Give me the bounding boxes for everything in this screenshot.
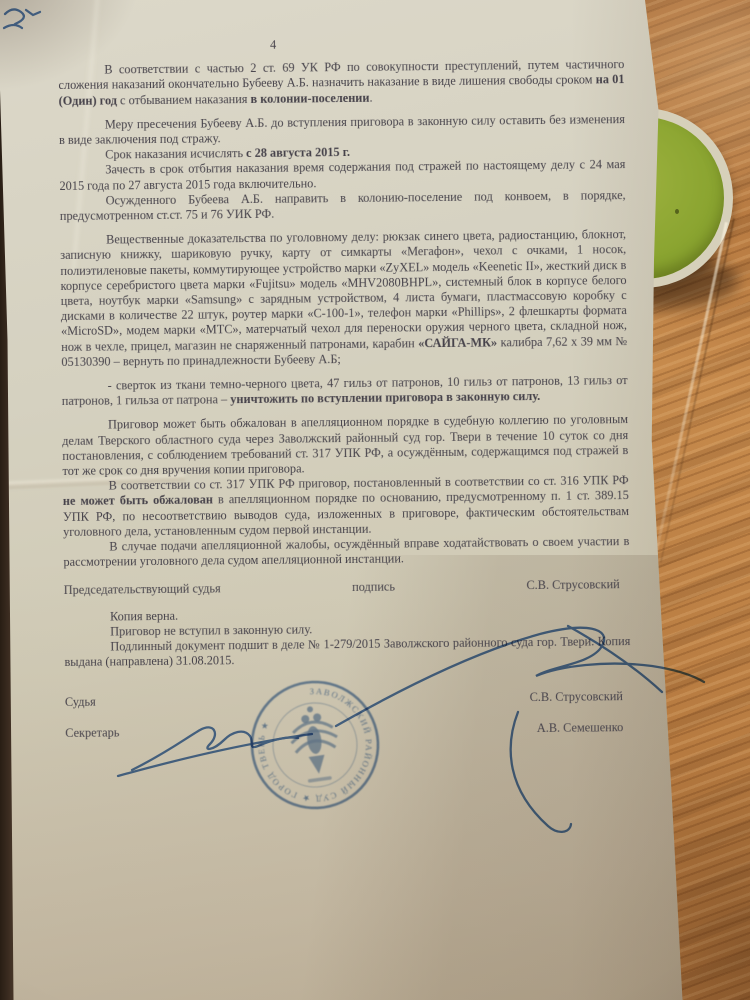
document-paragraphs: В соответствии с частью 2 ст. 69 УК РФ п… xyxy=(58,57,629,570)
bowl-speck xyxy=(675,209,679,214)
paragraph-text: не может быть обжалован xyxy=(63,493,213,509)
signature-role: Председательствующий судья xyxy=(64,581,221,598)
official-role: Судья xyxy=(65,694,96,710)
paper-sheet: 4 В соответствии с частью 2 ст. 69 УК РФ… xyxy=(0,0,750,1000)
paragraph-text: Зачесть в срок отбытия наказания время с… xyxy=(59,157,625,192)
paragraph: Вещественные доказательства по уголовном… xyxy=(60,227,627,370)
paragraph: Осужденного Бубеева А.Б. направить в кол… xyxy=(60,188,626,224)
official-name: А.В. Семешенко xyxy=(537,720,624,736)
paragraph-text: с отбыванием наказания xyxy=(117,92,251,107)
paragraph-text: Срок наказания исчислять xyxy=(105,146,246,161)
paragraph-text: с 28 августа 2015 г. xyxy=(246,145,350,160)
stamp-graphic: ЗАВОЛЖСКИЙ РАЙОННЫЙ СУД ★ ГОРОД ТВЕРЬ ★ xyxy=(239,669,390,820)
signature-line: Председательствующий судья подпись С.В. … xyxy=(64,577,630,598)
paragraph-text: Меру пресечения Бубееву А.Б. до вступлен… xyxy=(59,112,625,147)
paragraph-text: в колонии-поселении xyxy=(250,90,369,105)
paragraph: В соответствии с частью 2 ст. 69 УК РФ п… xyxy=(58,57,624,109)
official-name: С.В. Струсовский xyxy=(530,689,623,705)
paragraph-text: . xyxy=(369,90,372,104)
paragraph-text: «САЙГА-МК» xyxy=(418,335,497,350)
copy-note-line: Подлинный документ подшит в деле № 1-279… xyxy=(64,634,630,670)
signature-label: подпись xyxy=(352,579,395,595)
court-stamp: ЗАВОЛЖСКИЙ РАЙОННЫЙ СУД ★ ГОРОД ТВЕРЬ ★ xyxy=(239,669,390,820)
paragraph-text: Осужденного Бубеева А.Б. направить в кол… xyxy=(60,188,626,223)
copy-certification: Копия верна. Приговор не вступил в закон… xyxy=(64,604,631,671)
paragraph: В случае подачи апелляционной жалобы, ос… xyxy=(63,534,629,570)
paragraph-text: уничтожить по вступлении приговора в зак… xyxy=(230,389,540,406)
paragraph: - сверток из ткани темно-черного цвета, … xyxy=(62,373,628,409)
official-role: Секретарь xyxy=(65,725,119,741)
paragraph-text: В случае подачи апелляционной жалобы, ос… xyxy=(63,534,629,569)
paragraph-text: Приговор может быть обжалован в апелляци… xyxy=(62,413,628,479)
document-text: 4 В соответствии с частью 2 ст. 69 УК РФ… xyxy=(58,34,631,741)
signature-name: С.В. Струсовский xyxy=(526,577,619,593)
paragraph: Приговор может быть обжалован в апелляци… xyxy=(62,413,629,480)
double-headed-eagle-icon xyxy=(287,703,343,784)
paragraph: В соответствии со ст. 317 УПК РФ пригово… xyxy=(63,473,630,540)
photo-scene: 4 В соответствии с частью 2 ст. 69 УК РФ… xyxy=(0,0,750,1000)
paragraph-text: В соответствии с частью 2 ст. 69 УК РФ п… xyxy=(58,57,624,92)
